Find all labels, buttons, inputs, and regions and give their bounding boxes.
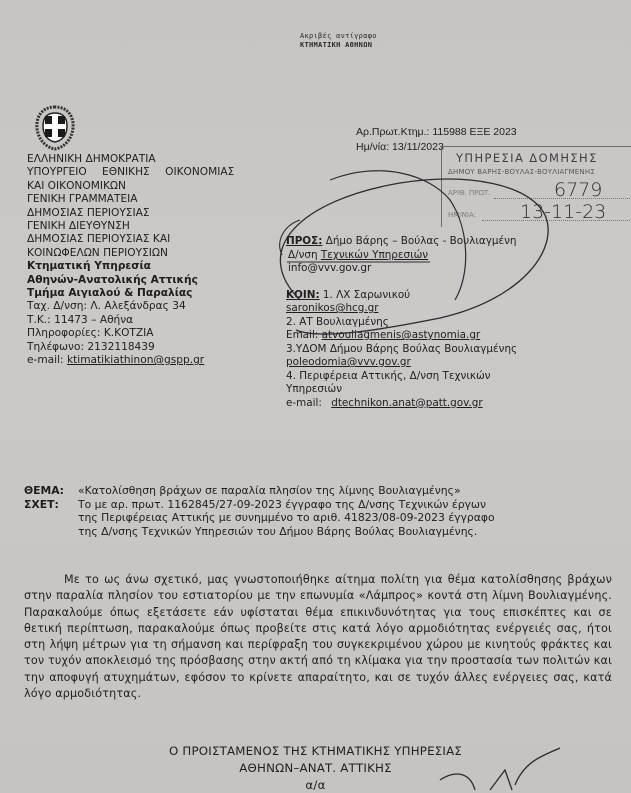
sender-line: ΚΟΙΝΩΦΕΛΩΝ ΠΕΡΙΟΥΣΙΩΝ	[27, 247, 287, 260]
letter-body: Με το ως άνω σχετικό, μας γνωστοποιήθηκε…	[24, 572, 612, 702]
to-department-prefix: Δ/νση	[288, 249, 321, 261]
related-label: ΣΧΕΤ:	[24, 498, 78, 512]
to-email[interactable]: info@vvv.gov.gr	[286, 262, 616, 276]
protocol-number: Αρ.Πρωτ.Κτημ.: 115988 ΕΞΕ 2023	[356, 125, 517, 140]
to-line: ΠΡΟΣ: Δήμο Βάρης – Βούλας - Βουλιαγμένη	[286, 235, 616, 249]
sender-office: Αθηνών-Ανατολικής Αττικής	[27, 274, 287, 287]
cc-email-1[interactable]: saronikos@hcg.gr	[286, 302, 616, 316]
sender-line: ΓΕΝΙΚΗ ΓΡΑΜΜΑΤΕΙΑ	[27, 193, 287, 206]
cc-line: ΚΟΙΝ: 1. ΛΧ Σαρωνικού	[286, 289, 616, 303]
cc-email-2-label: Email:	[286, 329, 322, 341]
related-line-2: της Περιφέρειας Αττικής με συνημμένο το …	[24, 511, 624, 525]
to-recipient: Δήμο Βάρης – Βούλας - Βουλιαγμένη	[322, 235, 516, 247]
cc-email-4-row: e-mail: dtechnikon.anat@patt.gov.gr	[286, 397, 616, 411]
sender-email-link[interactable]: ktimatikiathinon@gspp.gr	[67, 354, 204, 366]
to-department-name: Τεχνικών Υπηρεσιών	[321, 249, 428, 261]
signature-on-behalf: α/α	[0, 777, 631, 793]
subject-label: ΘΕΜΑ:	[24, 484, 78, 498]
signature-title: Ο ΠΡΟΙΣΤΑΜΕΝΟΣ ΤΗΣ ΚΤΗΜΑΤΙΚΗΣ ΥΠΗΡΕΣΙΑΣ	[0, 743, 631, 760]
sender-block: ΕΛΛΗΝΙΚΗ ΔΗΜΟΚΡΑΤΙΑ ΥΠΟΥΡΓΕΙΟ ΕΘΝΙΚΗΣ ΟΙ…	[27, 153, 287, 368]
receipt-stamp-title: ΥΠΗΡΕΣΙΑ ΔΟΜΗΣΗΣ	[456, 151, 598, 165]
sender-line: ΔΗΜΟΣΙΑΣ ΠΕΡΙΟΥΣΙΑΣ ΚΑΙ	[27, 233, 287, 246]
sender-email-label: e-mail:	[27, 354, 67, 366]
receipt-date-label: ΗΜ/ΝΙΑ:	[448, 211, 476, 219]
sender-office: Τμήμα Αιγιαλού & Παραλίας	[27, 287, 287, 300]
signature-block: Ο ΠΡΟΙΣΤΑΜΕΝΟΣ ΤΗΣ ΚΤΗΜΑΤΙΚΗΣ ΥΠΗΡΕΣΙΑΣ …	[0, 743, 631, 793]
sender-postcode: Τ.Κ.: 11473 – Αθήνα	[27, 314, 287, 327]
cc-email-4[interactable]: dtechnikon.anat@patt.gov.gr	[331, 397, 482, 409]
signature-office: ΑΘΗΝΩΝ–ΑΝΑΤ. ΑΤΤΙΚΗΣ	[0, 760, 631, 777]
cc-email-2[interactable]: atvouliagmenis@astynomia.gr	[322, 329, 481, 341]
sender-line: ΓΕΝΙΚΗ ΔΙΕΥΘΥΝΣΗ	[27, 220, 287, 233]
sender-line: ΚΑΙ ΟΙΚΟΝΟΜΙΚΩΝ	[27, 180, 287, 193]
cc-label: ΚΟΙΝ:	[286, 289, 320, 301]
sender-line: ΕΛΛΗΝΙΚΗ ΔΗΜΟΚΡΑΤΙΑ	[27, 153, 287, 166]
copy-stamp-line1: Ακριβές αντίγραφο	[300, 32, 377, 41]
receipt-stamp-subtitle: ΔΗΜΟΥ ΒΑΡΗΣ-ΒΟΥΛΑΣ-ΒΟΥΛΙΑΓΜΕΝΗΣ	[448, 168, 595, 176]
related-line-3: της Δ/νσης Τεχνικών Υπηρεσιών του Δήμου …	[24, 525, 624, 539]
sender-address: Ταχ. Δ/νση: Λ. Αλεξάνδρας 34	[27, 300, 287, 313]
sender-line: ΔΗΜΟΣΙΑΣ ΠΕΡΙΟΥΣΙΑΣ	[27, 207, 287, 220]
to-department: Δ/νση Τεχνικών Υπηρεσιών	[286, 249, 616, 263]
cc-email-2-row: Email: atvouliagmenis@astynomia.gr	[286, 329, 616, 343]
cc-recipient-2: 2. ΑΤ Βουλιαγμένης	[286, 316, 616, 330]
receipt-stamp: ΥΠΗΡΕΣΙΑ ΔΟΜΗΣΗΣ ΔΗΜΟΥ ΒΑΡΗΣ-ΒΟΥΛΑΣ-ΒΟΥΛ…	[441, 146, 631, 227]
receipt-protocol-value: 6779	[554, 179, 602, 201]
sender-contact: Πληροφορίες: Κ.ΚΟΤΖΙΑ	[27, 327, 287, 340]
subject-text: «Κατολίσθηση βράχων σε παραλία πλησίον τ…	[78, 484, 461, 498]
cc-email-3[interactable]: poleodomia@vvv.gov.gr	[286, 356, 616, 370]
cc-recipient-4-cont: Υπηρεσιών	[286, 383, 616, 397]
cc-recipient-4: 4. Περιφέρεια Αττικής, Δ/νση Τεχνικών	[286, 370, 616, 384]
related-row: ΣΧΕΤ: Το με αρ. πρωτ. 1162845/27-09-2023…	[24, 498, 624, 512]
greek-coat-of-arms-icon	[31, 104, 79, 152]
cc-email-4-label: e-mail:	[286, 397, 325, 409]
receipt-protocol-label: ΑΡΙΘ. ΠΡΩΤ.	[448, 189, 490, 197]
sender-office: Κτηματική Υπηρεσία	[27, 260, 287, 273]
subject-block: ΘΕΜΑ: «Κατολίσθηση βράχων σε παραλία πλη…	[24, 484, 624, 538]
receipt-date-value: 13-11-23	[520, 201, 606, 223]
sender-email-row: e-mail: ktimatikiathinon@gspp.gr	[27, 354, 287, 367]
copy-stamp-line2: ΚΤΗΜΑΤΙΚΗ ΑΘΗΝΩΝ	[300, 41, 377, 50]
sender-line: ΥΠΟΥΡΓΕΙΟ ΕΘΝΙΚΗΣ ΟΙΚΟΝΟΜΙΑΣ	[27, 166, 287, 179]
cc-recipient-1: 1. ΛΧ Σαρωνικού	[320, 289, 411, 301]
to-label: ΠΡΟΣ:	[286, 235, 322, 247]
recipients-block: ΠΡΟΣ: Δήμο Βάρης – Βούλας - Βουλιαγμένη …	[286, 235, 616, 410]
related-line-1: Το με αρ. πρωτ. 1162845/27-09-2023 έγγρα…	[78, 498, 486, 512]
subject-row: ΘΕΜΑ: «Κατολίσθηση βράχων σε παραλία πλη…	[24, 484, 624, 498]
certified-copy-stamp: Ακριβές αντίγραφο ΚΤΗΜΑΤΙΚΗ ΑΘΗΝΩΝ	[300, 32, 377, 50]
cc-recipient-3: 3.ΥΔΟΜ Δήμου Βάρης Βούλας Βουλιαγμένης	[286, 343, 616, 357]
sender-phone: Τηλέφωνο: 2132118439	[27, 341, 287, 354]
